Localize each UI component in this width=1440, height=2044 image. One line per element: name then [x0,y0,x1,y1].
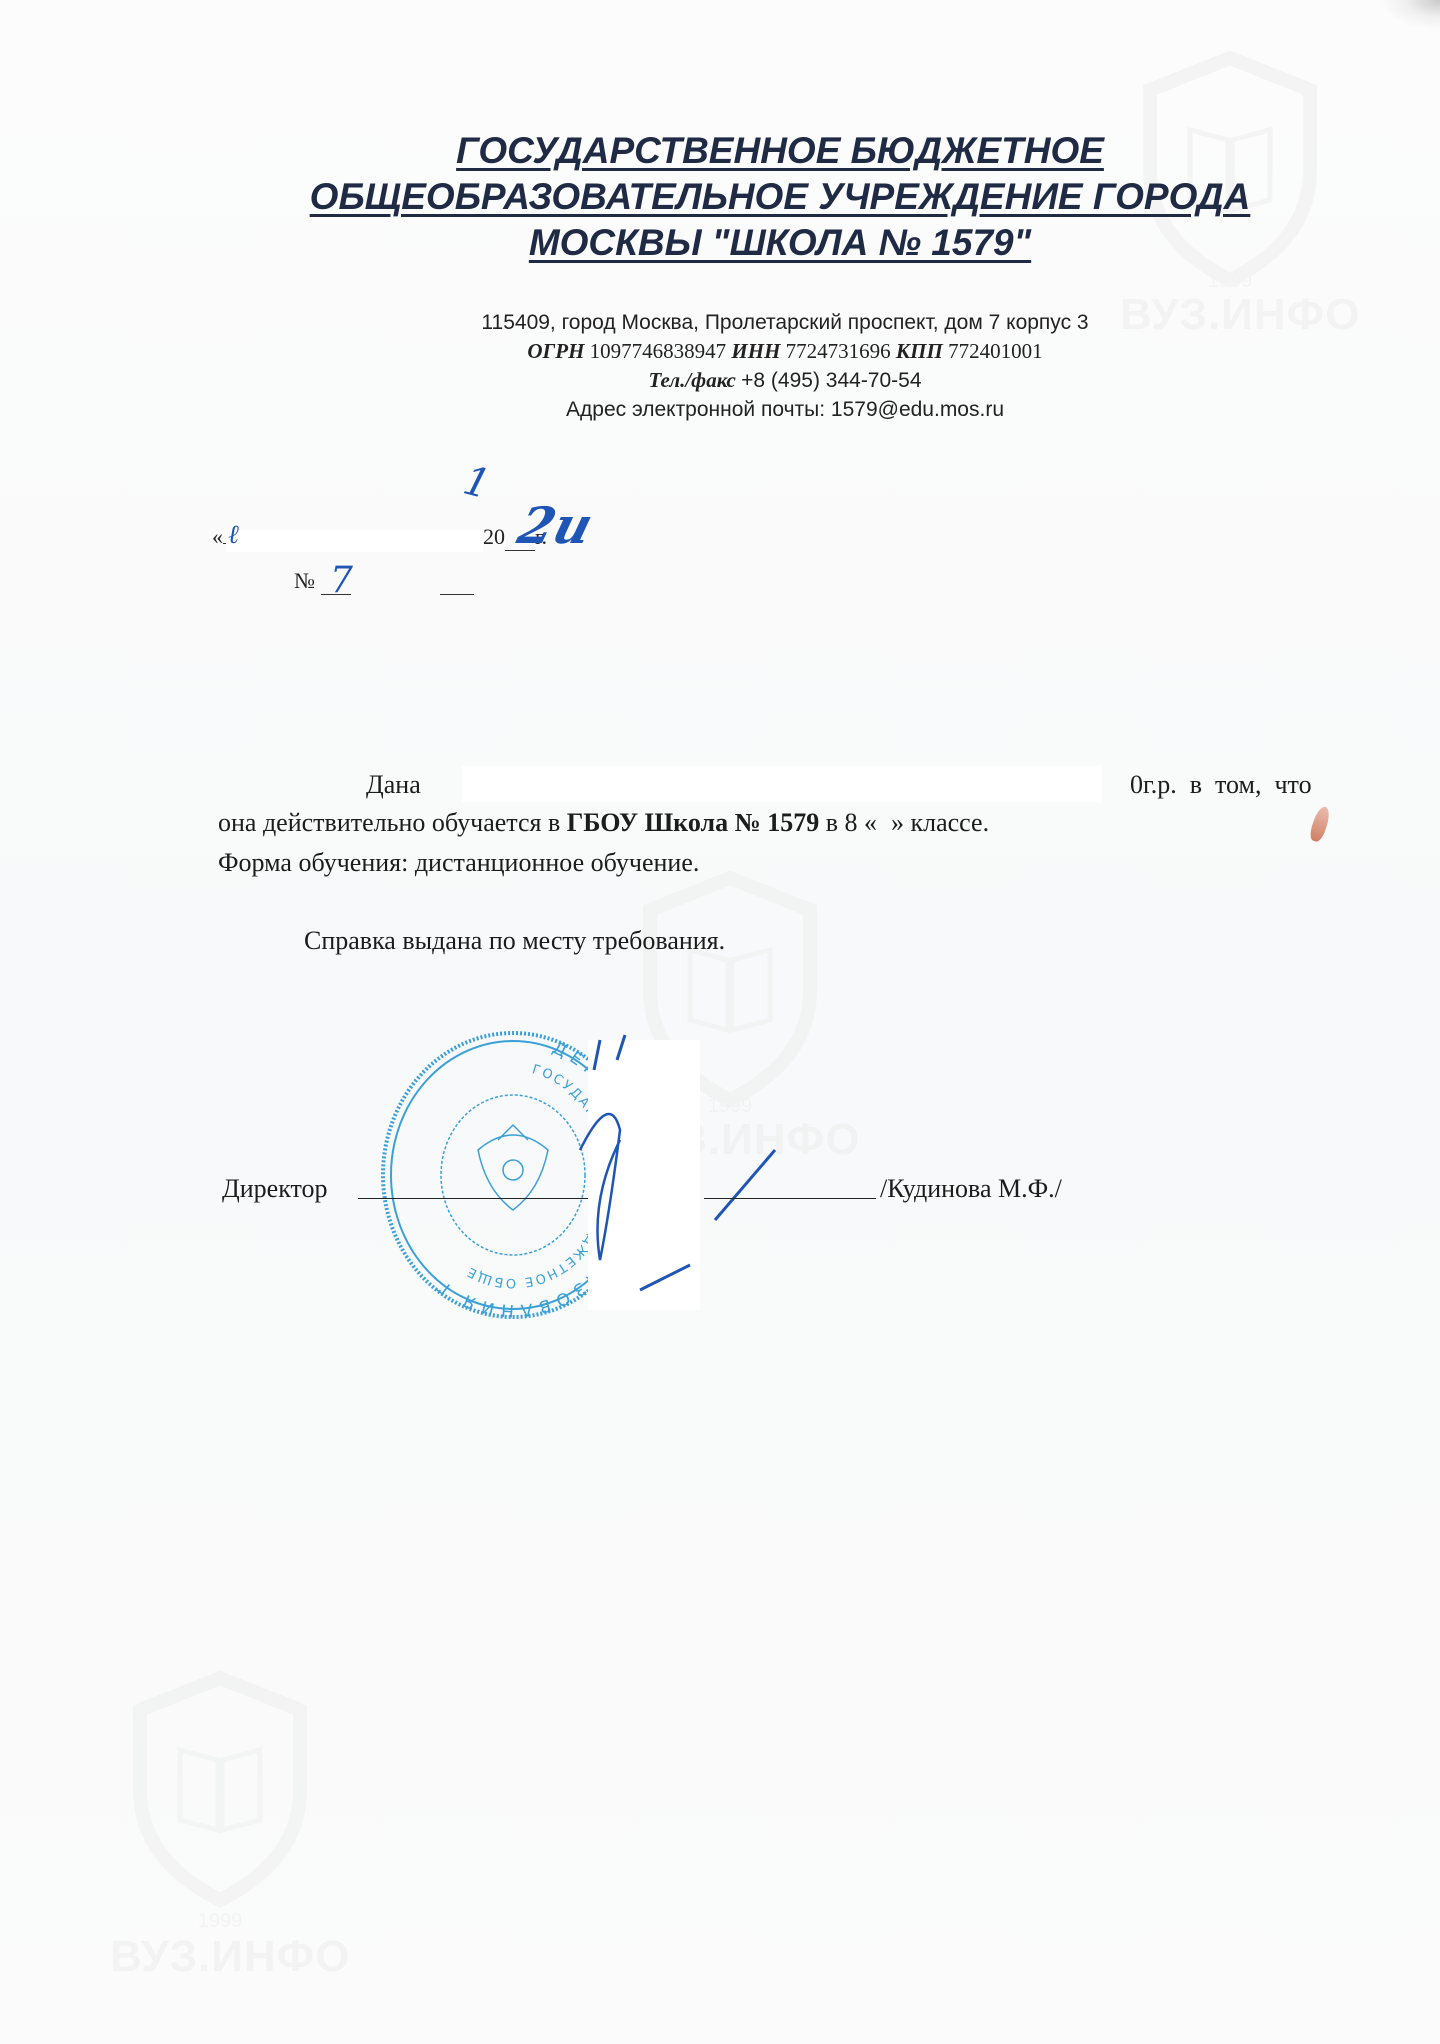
phone-line: Тел./факс +8 (495) 344-70-54 [420,366,1150,395]
registration-numbers: ОГРН 1097746838947 ИНН 7724731696 КПП 77… [420,337,1150,366]
ogrn-label: ОГРН [527,339,584,363]
body-line-2: она действительно обучается в ГБОУ Школа… [218,808,989,838]
title-line-3: МОСКВЫ "ШКОЛА № 1579" [250,220,1310,266]
body-line-2-end: » классе. [891,808,989,837]
phone-value: +8 (495) 344-70-54 [741,369,921,392]
email-label: Адрес электронной почты: [566,398,825,421]
title-line-1: ГОСУДАРСТВЕННОЕ БЮДЖЕТНОЕ [250,128,1310,174]
date-open-quote: « [212,524,223,549]
kpp-label: КПП [896,339,943,363]
watermark-brand: ВУЗ.ИНФО [1120,290,1340,340]
body-line-2-mid: в 8 « [819,808,877,837]
handwritten-day: ℓ [228,520,239,550]
inn-value: 7724731696 [786,339,891,363]
number-label: № [294,568,315,593]
body-line-2-start: она действительно обучается в [218,808,567,837]
email-line: Адрес электронной почты: 1579@edu.mos.ru [420,395,1150,424]
signature-name: /Кудинова М.Ф./ [880,1174,1062,1204]
inn-label: ИНН [731,339,780,363]
school-name-bold: ГБОУ Школа № 1579 [567,808,819,837]
email-value: 1579@edu.mos.ru [831,398,1004,421]
body-line-1-start: Дана [366,770,421,800]
phone-label: Тел./факс [648,368,735,392]
address: 115409, город Москва, Пролетарский просп… [420,308,1150,337]
number-blank-2 [440,594,474,595]
watermark-brand: ВУЗ.ИНФО [110,1932,330,1982]
organization-contacts: 115409, город Москва, Пролетарский просп… [420,308,1150,424]
body-line-3: Форма обучения: дистанционное обучение. [218,848,699,878]
kpp-value: 772401001 [948,339,1043,363]
watermark-year: 1999 [110,1910,330,1933]
date-century: 20 [483,524,505,549]
redacted-student-name [462,766,1102,802]
title-line-2: ОБЩЕОБРАЗОВАТЕЛЬНОЕ УЧРЕЖДЕНИЕ ГОРОДА [250,174,1310,220]
signature-role: Директор [222,1174,328,1204]
body-line-1-end: 0г.р. в том, что [1130,770,1312,800]
signature-line-right [704,1198,876,1199]
scan-corner-shadow [1380,0,1440,30]
redacted-date [226,530,483,552]
signature-line-left [358,1198,588,1199]
organization-title: ГОСУДАРСТВЕННОЕ БЮДЖЕТНОЕ ОБЩЕОБРАЗОВАТЕ… [250,128,1310,266]
body-line-4: Справка выдана по месту требования. [304,926,725,956]
watermark-bottom-left: 1999 ВУЗ.ИНФО [110,1670,330,2010]
shield-book-icon [110,1670,330,1910]
ogrn-value: 1097746838947 [590,339,727,363]
handwritten-signature [540,1020,800,1320]
handwritten-number: 7 [330,560,353,601]
